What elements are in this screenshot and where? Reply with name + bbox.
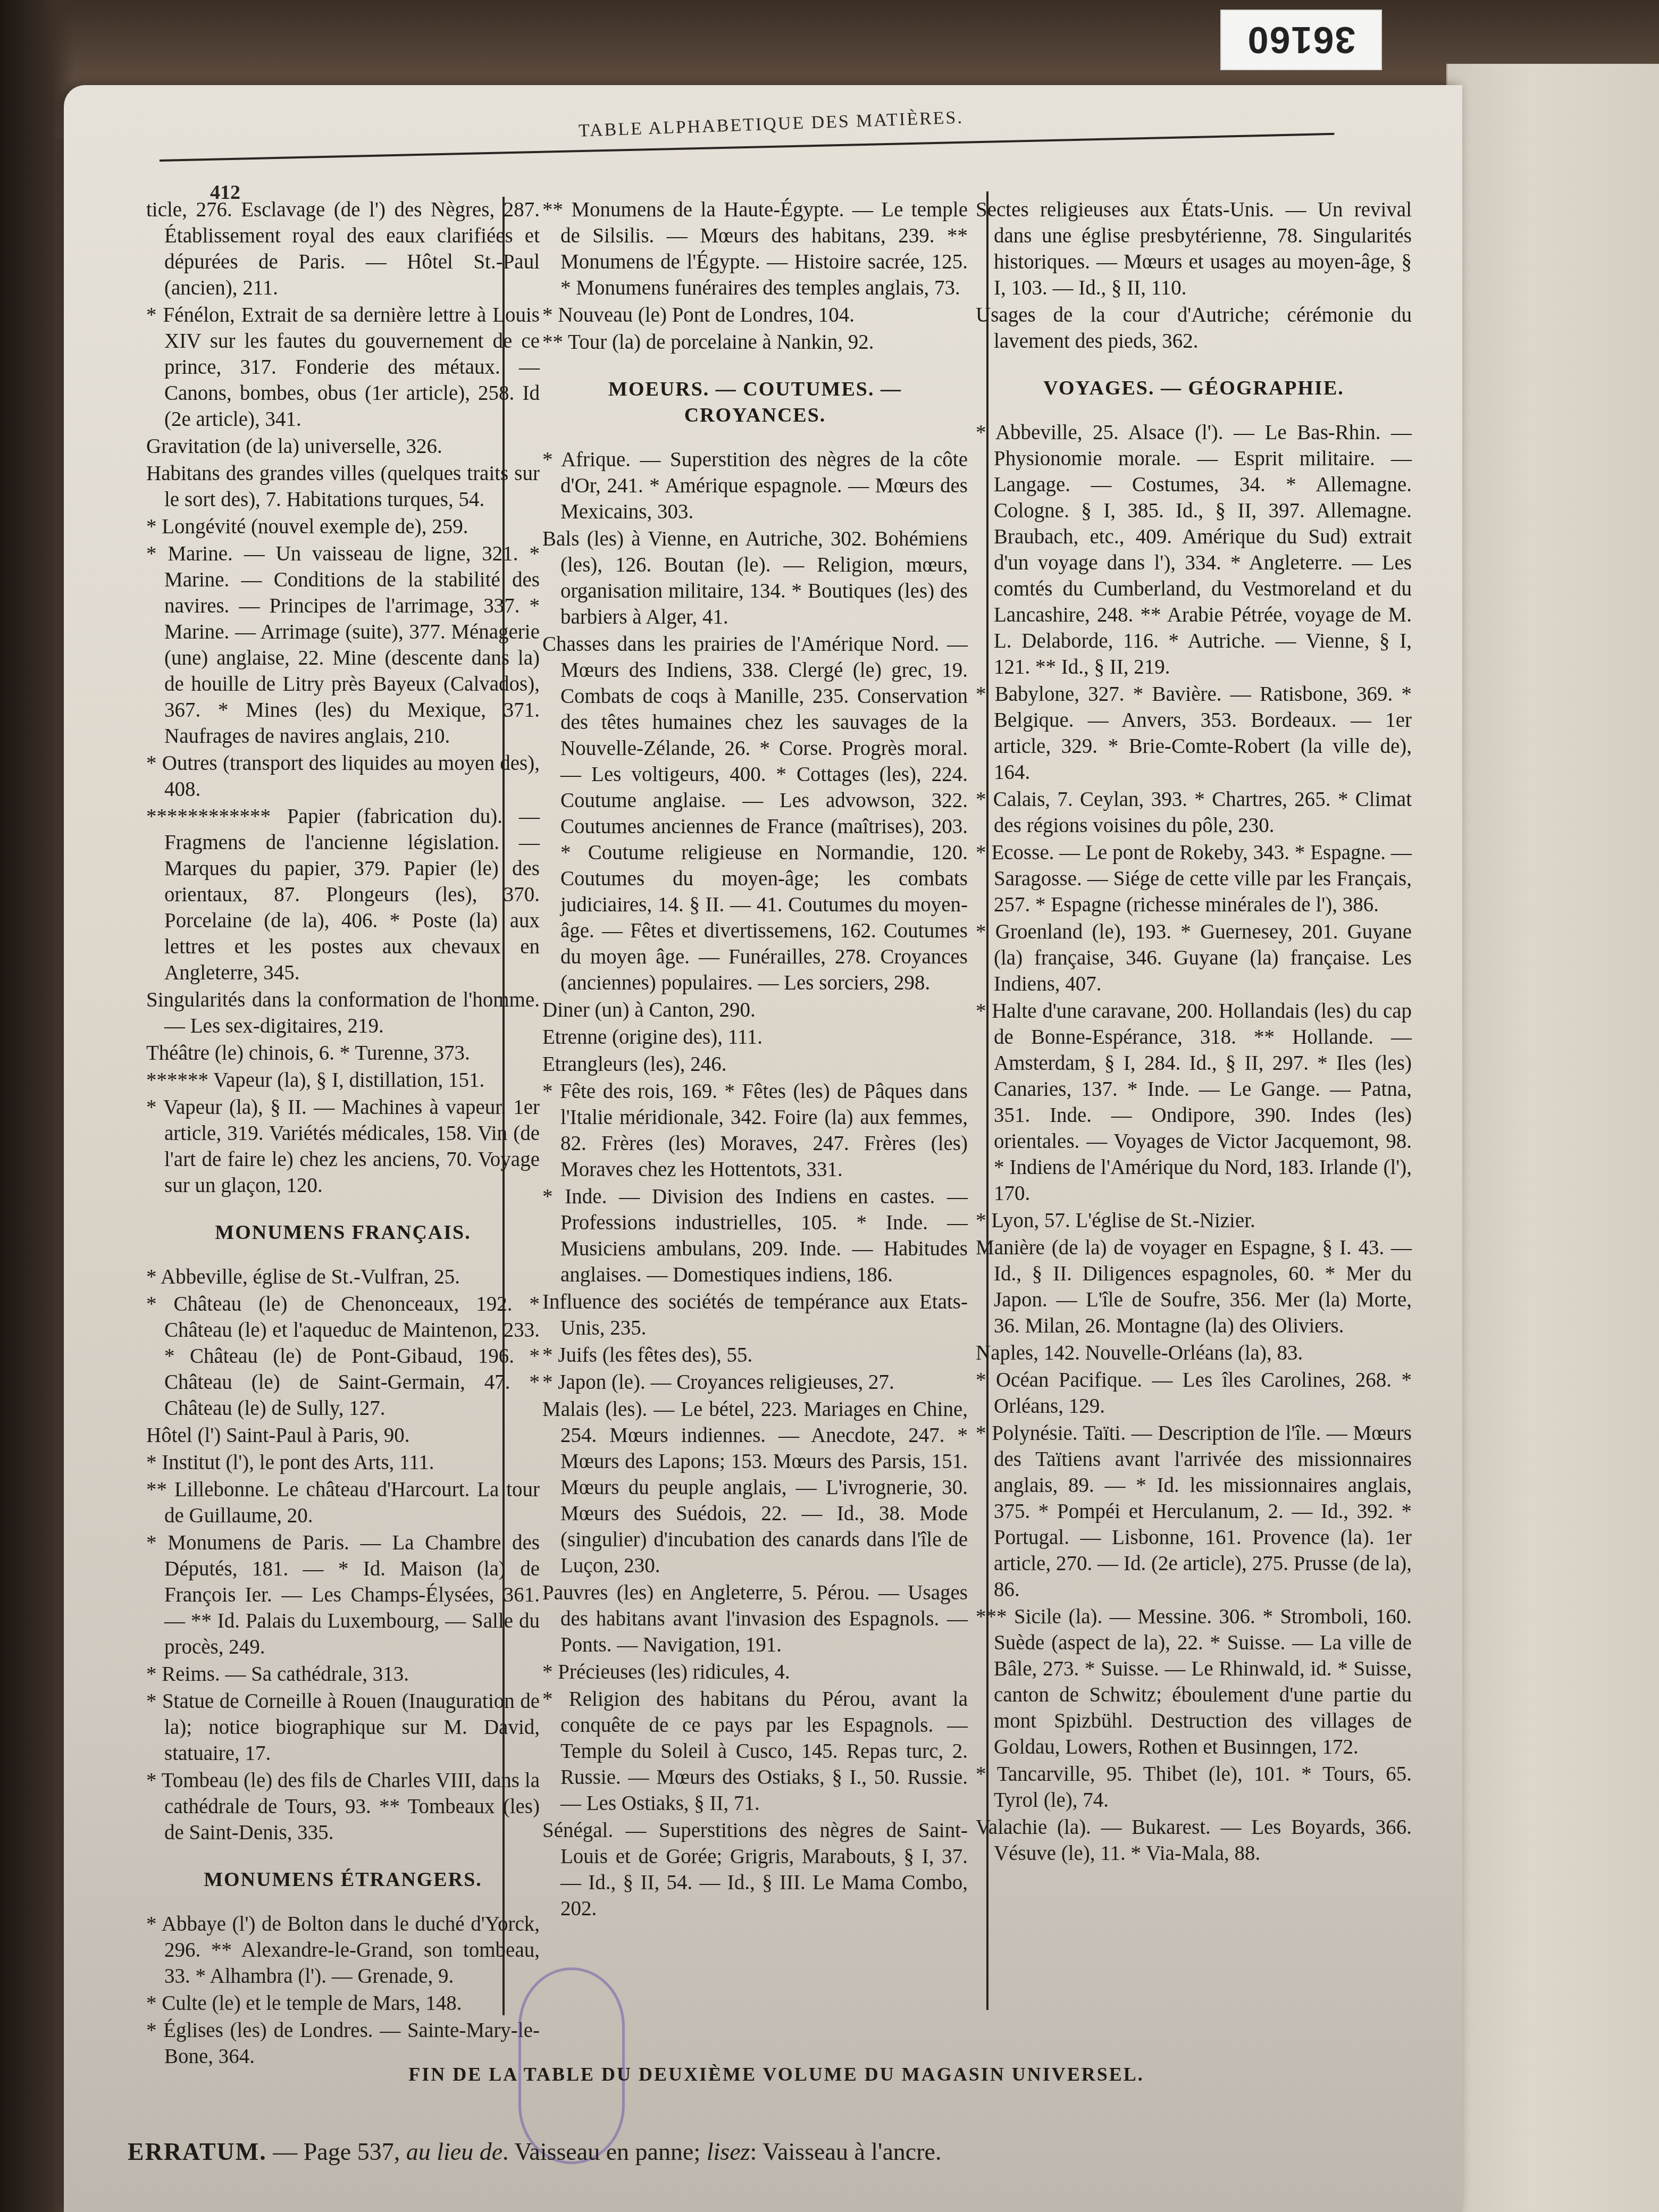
index-entry: * Polynésie. Taïti. — Description de l'î…	[976, 1420, 1412, 1603]
index-entry: Malais (les). — Le bétel, 223. Mariages …	[542, 1396, 968, 1579]
section-heading: VOYAGES. — GÉOGRAPHIE.	[976, 375, 1412, 401]
index-entry: * Juifs (les fêtes des), 55.	[542, 1342, 968, 1368]
index-entry: * Statue de Corneille à Rouen (Inaugurat…	[146, 1688, 540, 1766]
index-entry: * Inde. — Division des Indiens en castes…	[542, 1184, 968, 1288]
index-entry: Naples, 142. Nouvelle-Orléans (la), 83.	[976, 1340, 1412, 1366]
index-entry: Singularités dans la conformation de l'h…	[146, 987, 540, 1039]
index-entry: Sectes religieuses aux États-Unis. — Un …	[976, 197, 1412, 301]
index-entry: * Babylone, 327. * Bavière. — Ratisbone,…	[976, 681, 1412, 785]
erratum-right: : Vaisseau à l'ancre.	[750, 2138, 942, 2165]
erratum-page: — Page 537,	[267, 2138, 406, 2165]
index-entry: Manière (de la) de voyager en Espagne, §…	[976, 1235, 1412, 1339]
index-entry: * Précieuses (les) ridicules, 4.	[542, 1659, 968, 1685]
index-entry: ************ Papier (fabrication du). — …	[146, 803, 540, 986]
erratum-instead: au lieu de	[406, 2138, 502, 2165]
index-entry: * Tombeau (le) des fils de Charles VIII,…	[146, 1767, 540, 1846]
erratum-note: ERRATUM. — Page 537, au lieu de. Vaissea…	[128, 2138, 1297, 2166]
index-entry: Hôtel (l') Saint-Paul à Paris, 90.	[146, 1422, 540, 1448]
index-entry: * Ecosse. — Le pont de Rokeby, 343. * Es…	[976, 840, 1412, 918]
index-entry: * Abbaye (l') de Bolton dans le duché d'…	[146, 1911, 540, 1989]
index-entry: ** Tour (la) de porcelaine à Nankin, 92.	[542, 329, 968, 355]
index-entry: * Océan Pacifique. — Les îles Carolines,…	[976, 1367, 1412, 1419]
erratum-wrong: . Vaisseau en panne;	[502, 2138, 707, 2165]
index-entry: * Afrique. — Superstition des nègres de …	[542, 447, 968, 525]
index-entry: Bals (les) à Vienne, en Autriche, 302. B…	[542, 526, 968, 630]
index-entry: ** Monumens de la Haute-Égypte. — Le tem…	[542, 197, 968, 301]
section-heading: MONUMENS FRANÇAIS.	[146, 1220, 540, 1246]
background-shadow	[0, 0, 74, 2212]
index-column-right: Sectes religieuses aux États-Unis. — Un …	[976, 197, 1412, 1867]
index-entry: ** Lillebonne. Le château d'Harcourt. La…	[146, 1477, 540, 1529]
index-entry: Sénégal. — Superstitions des nègres de S…	[542, 1817, 968, 1922]
index-entry: ticle, 276. Esclavage (de l') des Nègres…	[146, 197, 540, 301]
index-entry: Etrenne (origine des), 111.	[542, 1024, 968, 1050]
index-entry: Etrangleurs (les), 246.	[542, 1051, 968, 1077]
index-entry: * Calais, 7. Ceylan, 393. * Chartres, 26…	[976, 786, 1412, 839]
index-entry: Valachie (la). — Bukarest. — Les Boyards…	[976, 1814, 1412, 1866]
index-entry: * Groenland (le), 193. * Guernesey, 201.…	[976, 919, 1412, 997]
index-entry: * Japon (le). — Croyances religieuses, 2…	[542, 1369, 968, 1395]
index-entry: Gravitation (de la) universelle, 326.	[146, 433, 540, 459]
index-entry: * Longévité (nouvel exemple de), 259.	[146, 514, 540, 540]
index-entry: * Marine. — Un vaisseau de ligne, 321. *…	[146, 541, 540, 749]
index-entry: * Monumens de Paris. — La Chambre des Dé…	[146, 1530, 540, 1660]
library-tag: 36160	[1220, 10, 1382, 70]
index-entry: Influence des sociétés de tempérance aux…	[542, 1289, 968, 1341]
index-entry: * Lyon, 57. L'église de St.-Nizier.	[976, 1208, 1412, 1234]
index-entry: * Château (le) de Chenonceaux, 192. * Ch…	[146, 1291, 540, 1421]
index-entry: Usages de la cour d'Autriche; cérémonie …	[976, 302, 1412, 354]
index-entry: * Outres (transport des liquides au moye…	[146, 750, 540, 802]
index-entry: * Vapeur (la), § II. — Machines à vapeur…	[146, 1094, 540, 1199]
index-entry: * Abbeville, église de St.-Vulfran, 25.	[146, 1264, 540, 1290]
index-entry: * Religion des habitans du Pérou, avant …	[542, 1686, 968, 1816]
index-entry: *** Sicile (la). — Messine. 306. * Strom…	[976, 1604, 1412, 1760]
index-entry: * Tancarville, 95. Thibet (le), 101. * T…	[976, 1761, 1412, 1813]
end-of-table-title: FIN DE LA TABLE DU DEUXIÈME VOLUME DU MA…	[324, 2063, 1228, 2085]
index-entry: Habitans des grandes villes (quelques tr…	[146, 460, 540, 513]
index-entry: * Fénélon, Extrait de sa dernière lettre…	[146, 302, 540, 432]
index-entry: * Institut (l'), le pont des Arts, 111.	[146, 1449, 540, 1476]
index-entry: * Abbeville, 25. Alsace (l'). — Le Bas-R…	[976, 420, 1412, 680]
erratum-label: ERRATUM.	[128, 2138, 267, 2165]
section-heading: MOEURS. — COUTUMES. — CROYANCES.	[542, 376, 968, 429]
index-entry: * Églises (les) de Londres. — Sainte-Mar…	[146, 2017, 540, 2069]
index-entry: * Culte (le) et le temple de Mars, 148.	[146, 1990, 540, 2016]
index-entry: Pauvres (les) en Angleterre, 5. Pérou. —…	[542, 1580, 968, 1658]
index-entry: * Nouveau (le) Pont de Londres, 104.	[542, 302, 968, 328]
index-entry: Diner (un) à Canton, 290.	[542, 997, 968, 1023]
index-entry: * Fête des rois, 169. * Fêtes (les) de P…	[542, 1078, 968, 1183]
index-column-middle: ** Monumens de la Haute-Égypte. — Le tem…	[542, 197, 968, 1923]
section-heading: MONUMENS ÉTRANGERS.	[146, 1867, 540, 1893]
index-entry: Théâtre (le) chinois, 6. * Turenne, 373.	[146, 1040, 540, 1066]
erratum-read: lisez	[707, 2138, 750, 2165]
index-entry: * Halte d'une caravane, 200. Hollandais …	[976, 998, 1412, 1206]
index-column-left: ticle, 276. Esclavage (de l') des Nègres…	[146, 197, 540, 2071]
index-entry: ****** Vapeur (la), § I, distillation, 1…	[146, 1067, 540, 1093]
adjacent-page	[1446, 64, 1659, 2212]
index-entry: Chasses dans les prairies de l'Amérique …	[542, 631, 968, 996]
index-entry: * Reims. — Sa cathédrale, 313.	[146, 1661, 540, 1687]
